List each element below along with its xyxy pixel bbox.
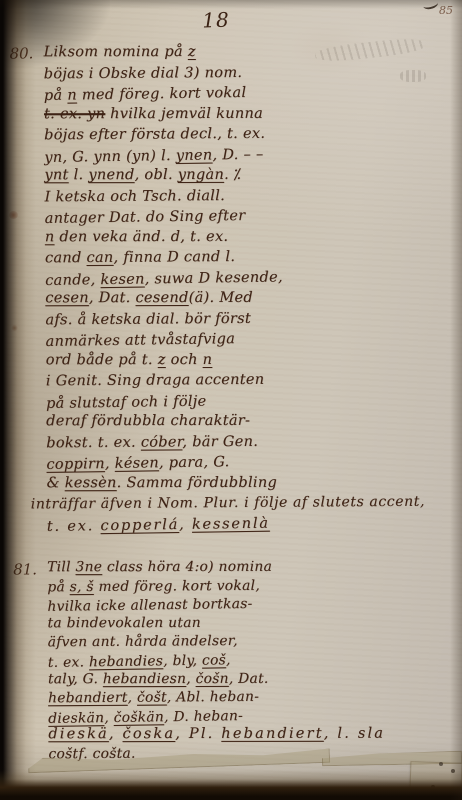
underlined-word: 3ne: [75, 559, 102, 575]
handwritten-text: class höra 4:o) nomina: [102, 559, 272, 575]
underlined-word: čoškän: [114, 709, 165, 726]
handwritten-text: I ketska och Tsch. diall.: [45, 188, 226, 205]
underlined-word: ynt: [44, 167, 68, 183]
binding-shadow: [0, 0, 36, 800]
handwritten-text: den veka änd. d, t. ex.: [54, 228, 228, 244]
handwritten-text: inträffar äfven i Nom. Plur. i följe af …: [31, 494, 425, 513]
handwritten-text: Till: [47, 559, 75, 575]
manuscript-line: ynt l. ynend, obl. yngàn. ⁒: [44, 165, 456, 186]
page-number: 18: [0, 0, 432, 39]
handwritten-text: , D. – –: [212, 146, 263, 163]
manuscript-line: & kessèn. Samma fördubbling: [47, 472, 459, 493]
underlined-word: cesen: [45, 290, 89, 306]
handwritten-text: , para, G.: [159, 454, 230, 471]
underlined-word: hebandiert: [221, 726, 323, 742]
underlined-word: coš: [202, 652, 226, 668]
handwritten-text: &: [47, 475, 65, 491]
handwritten-text: t. ex.: [47, 518, 101, 535]
underlined-word: coppirn: [46, 456, 105, 473]
manuscript-line: dieskä, čoska, Pl. hebandiert, l. sla: [48, 725, 460, 744]
handwritten-text: , bär Gen.: [182, 433, 258, 450]
handwritten-text: , Dat.: [89, 290, 136, 306]
handwritten-text: ,: [179, 516, 192, 532]
section-81: 81.Till 3ne class höra 4:o) nominapå s, …: [13, 556, 460, 764]
handwritten-text: Liksom nomina på: [44, 44, 188, 60]
section-lines: Till 3ne class höra 4:o) nominapå s, š m…: [47, 556, 460, 763]
underlined-word: z: [158, 352, 166, 368]
manuscript-line: Liksom nomina på z: [44, 42, 456, 63]
underlined-word: ynen: [176, 147, 213, 164]
handwritten-text: ,: [105, 456, 115, 472]
handwritten-text: t. ex.: [48, 654, 89, 671]
handwritten-text: anmärkes att tvåstafviga: [45, 331, 235, 350]
manuscript-line: ord både på t. z och n: [46, 349, 458, 370]
handwritten-text: afs. å ketska dial. bör först: [45, 310, 251, 327]
handwritten-text: ,: [128, 690, 137, 706]
handwritten-text: , suwa D kesende,: [145, 269, 283, 287]
underlined-word: dieskän: [48, 710, 104, 727]
underlined-word: hebandiesn: [103, 671, 186, 687]
handwritten-text: taly, G.: [48, 671, 103, 687]
underlined-word: dieskä: [48, 726, 109, 742]
manuscript-line: cesen, Dat. cesend(ä). Med: [45, 288, 457, 309]
handwritten-text: ord både på t.: [46, 352, 158, 368]
underlined-word: z: [188, 44, 196, 60]
underlined-word: čoska: [123, 726, 176, 742]
manuscript-line: ta bindevokalen utan: [48, 613, 460, 632]
table-edge: [0, 770, 462, 800]
handwritten-text: på slutstaf och i följe: [46, 393, 207, 411]
handwritten-text: . ⁒: [224, 167, 241, 183]
manuscript-text: 80.Liksom nomina på zböjas i Obske dial …: [9, 40, 460, 764]
manuscript-line: n den veka änd. d, t. ex.: [45, 226, 457, 247]
manuscript-line: t. ex. yn hvilka jemväl kunna: [44, 103, 456, 124]
handwritten-text: och: [166, 351, 203, 367]
underlined-word: cóber: [141, 434, 183, 450]
handwritten-text: hvilka jemväl kunna: [105, 105, 263, 121]
underlined-word: yngàn: [178, 167, 224, 183]
handwritten-text: , bly,: [163, 653, 202, 670]
handwritten-text: med föreg. kort vokal: [77, 85, 247, 104]
handwritten-text: yn, G. ynn (yn) l.: [44, 147, 176, 165]
underlined-word: ynend: [88, 167, 134, 183]
underlined-word: čošn: [196, 670, 229, 686]
underlined-word: kesen: [100, 271, 144, 288]
underlined-word: kessenlà: [192, 515, 270, 532]
handwritten-text: i Genit. Sing draga accenten: [46, 372, 265, 390]
underlined-word: copperlá: [100, 516, 179, 533]
manuscript-line: deraf fördubbla charaktär-: [46, 411, 458, 432]
handwritten-text: böjas efter första decl., t. ex.: [44, 126, 265, 144]
handwritten-text: antager Dat. do Sing efter: [45, 208, 246, 227]
handwritten-text: , Abl. heban-: [167, 689, 259, 706]
handwritten-text: böjas i Obske dial 3) nom.: [44, 64, 243, 81]
handwritten-text: (ä). Med: [189, 290, 253, 306]
underlined-word: čošt: [137, 690, 167, 706]
underlined-word: kessèn: [65, 475, 117, 491]
underlined-word: n: [203, 351, 213, 367]
handwritten-text: på: [44, 88, 68, 104]
handwritten-text: ta bindevokalen utan: [48, 615, 201, 631]
handwritten-text: cande,: [45, 272, 101, 289]
underlined-word: hebandiert: [48, 690, 128, 707]
handwritten-text: , l. sla: [324, 726, 385, 742]
handwritten-text: , D. heban-: [164, 708, 243, 725]
handwritten-text: äfven ant. hårda ändelser,: [48, 633, 238, 650]
handwritten-text: ,: [109, 726, 123, 742]
manuscript-line: taly, G. hebandiesn, čošn, Dat.: [48, 669, 460, 688]
photo-of-manuscript: { "page": { "number": "18", "corner_numb…: [0, 0, 462, 800]
section-lines: Liksom nomina på zböjas i Obske dial 3) …: [43, 40, 458, 535]
handwritten-text: bokst. t. ex.: [46, 434, 141, 451]
underlined-word: hebandies: [89, 653, 163, 670]
handwritten-text: hvilka icke allenast bortkas-: [47, 596, 252, 615]
handwritten-text: med föreg. kort vokal,: [94, 577, 260, 594]
manuscript-page: 18 85 80.Liksom nomina på zböjas i Obske…: [0, 0, 462, 800]
underlined-word: n: [67, 87, 77, 103]
handwritten-text: , Pl.: [175, 726, 221, 742]
handwritten-text: , Dat.: [229, 670, 269, 686]
folio-number: 85: [439, 4, 453, 17]
handwritten-text: l.: [69, 167, 89, 183]
handwritten-text: deraf fördubbla charaktär-: [46, 413, 250, 429]
handwritten-text: , obl.: [135, 167, 178, 183]
underlined-word: cesend: [135, 290, 188, 306]
handwritten-text: på: [47, 579, 69, 595]
section-80: 80.Liksom nomina på zböjas i Obske dial …: [9, 40, 458, 535]
handwritten-text: ,: [226, 652, 231, 668]
struck-word: t. ex. yn: [44, 106, 105, 122]
underlined-word: s, š: [70, 579, 94, 595]
handwritten-text: , finna D cand l.: [113, 249, 235, 266]
underlined-word: can: [86, 250, 113, 266]
handwritten-text: . Samma fördubbling: [117, 474, 277, 490]
handwritten-text: cand: [45, 250, 87, 266]
underlined-word: n: [45, 229, 55, 245]
manuscript-line: Till 3ne class höra 4:o) nomina: [47, 558, 459, 577]
underlined-word: késen: [115, 455, 159, 472]
handwritten-text: ,: [186, 671, 195, 687]
